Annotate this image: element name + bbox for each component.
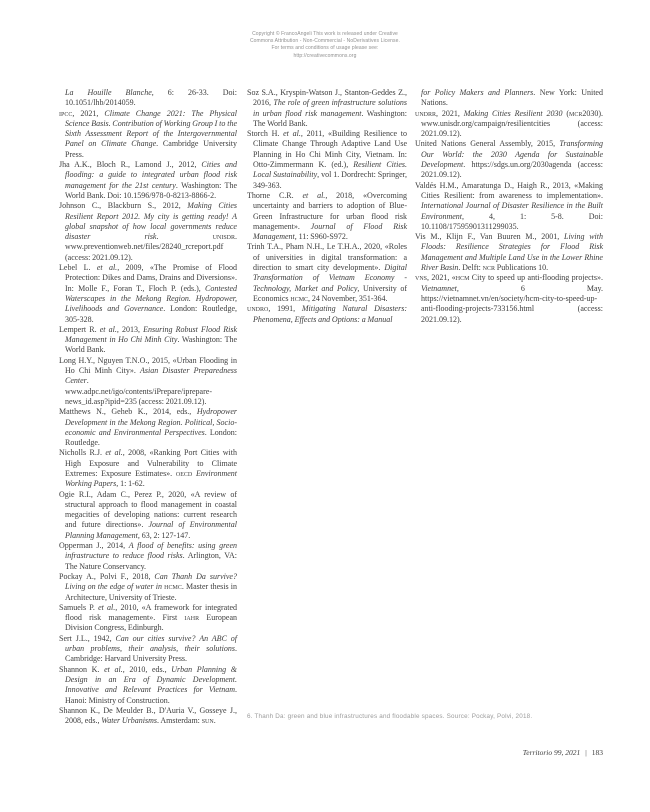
page-number: 183 — [592, 748, 603, 757]
small-caps-text: UNDRO — [247, 304, 268, 313]
italic-text: Mitigating Natural Disasters: Phenomena,… — [253, 304, 407, 323]
reference-entry: Trinh T.A., Pham N.H., Le T.H.A., 2020, … — [247, 242, 407, 304]
reference-entry: Thorne C.R. et al., 2018, «Overcoming un… — [247, 191, 407, 242]
reference-entry: UNDRR, 2021, Making Cities Resilient 203… — [415, 109, 603, 140]
italic-text: Resilient Cities. Local Sustainability — [253, 160, 407, 179]
reference-entry: Pockay A., Polvi F., 2018, Can Thanh Da … — [59, 572, 237, 603]
italic-text: A flood of benefits: using green infrast… — [65, 541, 237, 560]
figure-caption: 6. Thanh Da: green and blue infrastructu… — [247, 713, 603, 721]
references-column-1: La Houille Blanche, 6: 26-33. Doi: 10.10… — [59, 88, 237, 726]
reference-entry: Long H.Y., Nguyen T.N.O., 2015, «Urban F… — [59, 356, 237, 407]
footer-separator: | — [585, 748, 587, 757]
reference-entry: Valdés H.M., Amaratunga D., Haigh R., 20… — [415, 181, 603, 232]
italic-text: Hydropower Development in the Mekong Reg… — [65, 407, 237, 437]
reference-entry: VNS, 2021, «HCM City to speed up anti-fl… — [415, 273, 603, 324]
reference-entry: Storch H. et al., 2011, «Building Resili… — [247, 129, 407, 191]
reference-entry: Ogie R.I., Adam C., Perez P., 2020, «A r… — [59, 490, 237, 541]
italic-text: Digital Transformation of Vietnam Econom… — [253, 263, 407, 293]
italic-text: Living with Floods: Resilience Strategie… — [421, 232, 603, 272]
italic-text: Transforming Our World: the 2030 Agenda … — [421, 139, 603, 169]
italic-text: Can our cities survive? An ABC of urban … — [65, 634, 237, 653]
small-caps-text: VNS — [415, 273, 427, 282]
copyright-line: Copyright © FrancoAngeli This work is re… — [0, 31, 650, 38]
italic-text: Can Thanh Da survive? Living on the edge… — [65, 572, 237, 591]
small-caps-text: IAHR — [184, 613, 199, 622]
reference-entry: Samuels P. et al., 2010, «A framework fo… — [59, 603, 237, 634]
italic-text: Journal of Flood Risk Management — [253, 222, 407, 241]
reference-entry: Lebel L. et al., 2009, «The Promise of F… — [59, 263, 237, 325]
copyright-line: Commons Attribution - Non-Commercial - N… — [0, 38, 650, 45]
reference-entry: Jha A.K., Bloch R., Lamond J., 2012, Cit… — [59, 160, 237, 201]
italic-text: Climate Change 2021: The Physical Scienc… — [65, 109, 237, 149]
italic-text: Cities and flooding: a guide to integrat… — [65, 160, 237, 190]
italic-text: et al. — [98, 603, 115, 612]
issue-info: 99, 2021 — [554, 748, 580, 757]
italic-text: Environment Working Papers — [65, 469, 237, 488]
italic-text: Water Urbanisms — [101, 716, 157, 725]
italic-text: Journal of Environmental Planning Manage… — [65, 520, 237, 539]
reference-entry: for Policy Makers and Planners. New York… — [415, 88, 603, 109]
reference-entry: Lempert R. et al., 2013, Ensuring Robust… — [59, 325, 237, 356]
copyright-line: http://creativecommons.org — [0, 53, 650, 60]
page-footer: Territorio 99, 2021|183 — [523, 748, 603, 757]
italic-text: Vietnamnet — [421, 284, 457, 293]
small-caps-text: IPCC — [59, 109, 72, 118]
small-caps-text: OECD — [176, 469, 192, 478]
italic-text: Making Cities Resilient 2030 — [464, 109, 563, 118]
reference-entry: La Houille Blanche, 6: 26-33. Doi: 10.10… — [59, 88, 237, 109]
italic-text: Asian Disaster Preparedness Center — [65, 366, 237, 385]
reference-entry: Matthews N., Geheb K., 2014, eds., Hydro… — [59, 407, 237, 448]
italic-text: The role of green infrastructure solutio… — [253, 98, 407, 117]
italic-text: for Policy Makers and Planners — [421, 88, 533, 97]
references-column-2: Soz S.A., Kryspin-Watson J., Stanton-Ged… — [247, 88, 407, 325]
italic-text: et al. — [283, 129, 301, 138]
small-caps-text: UNDRR — [415, 109, 436, 118]
copyright-notice: Copyright © FrancoAngeli This work is re… — [0, 31, 650, 60]
italic-text: et al. — [105, 448, 122, 457]
reference-entry: Shannon K., De Meulder B., D'Auria V., G… — [59, 706, 237, 727]
reference-entry: Opperman J., 2014, A flood of benefits: … — [59, 541, 237, 572]
reference-entry: Shannon K. et al., 2010, eds., Urban Pla… — [59, 665, 237, 706]
italic-text: International Journal of Disaster Resili… — [421, 201, 603, 220]
italic-text: et al. — [104, 665, 123, 674]
journal-page: Copyright © FrancoAngeli This work is re… — [0, 0, 650, 812]
journal-name: Territorio — [523, 748, 552, 757]
small-caps-text: SUN — [202, 716, 214, 725]
italic-text: Urban Planning & Design in an Era of Dyn… — [65, 665, 237, 695]
small-caps-text: HCM — [456, 273, 470, 282]
copyright-line: For terms and conditions of usage please… — [0, 45, 650, 52]
italic-text: Contested Waterscapes in the Mekong Regi… — [65, 284, 237, 314]
italic-text: La Houille Blanche — [65, 88, 152, 97]
small-caps-text: HCMC — [164, 582, 182, 591]
small-caps-text: UNISDR — [213, 232, 235, 241]
small-caps-text: MCR2030 — [569, 109, 598, 118]
references-column-3: for Policy Makers and Planners. New York… — [415, 88, 603, 325]
reference-entry: Johnson C., Blackburn S., 2012, Making C… — [59, 201, 237, 263]
reference-entry: Nicholls R.J. et al., 2008, «Ranking Por… — [59, 448, 237, 489]
italic-text: et al. — [302, 191, 325, 200]
reference-entry: UNDRO, 1991, Mitigating Natural Disaster… — [247, 304, 407, 325]
reference-entry: Vis M., Klijn F., Van Buuren M., 2001, L… — [415, 232, 603, 273]
small-caps-text: NCR — [483, 263, 495, 272]
italic-text: et al. — [97, 263, 117, 272]
reference-entry: IPCC, 2021, Climate Change 2021: The Phy… — [59, 109, 237, 160]
italic-text: Ensuring Robust Flood Risk Management in… — [65, 325, 237, 344]
italic-text: Making Cities Resilient Report 2012. My … — [65, 201, 237, 241]
reference-entry: Sert J.L., 1942, Can our cities survive?… — [59, 634, 237, 665]
small-caps-text: HCMC — [290, 294, 308, 303]
reference-entry: United Nations General Assembly, 2015, T… — [415, 139, 603, 180]
reference-entry: Soz S.A., Kryspin-Watson J., Stanton-Ged… — [247, 88, 407, 129]
italic-text: et al. — [100, 325, 117, 334]
